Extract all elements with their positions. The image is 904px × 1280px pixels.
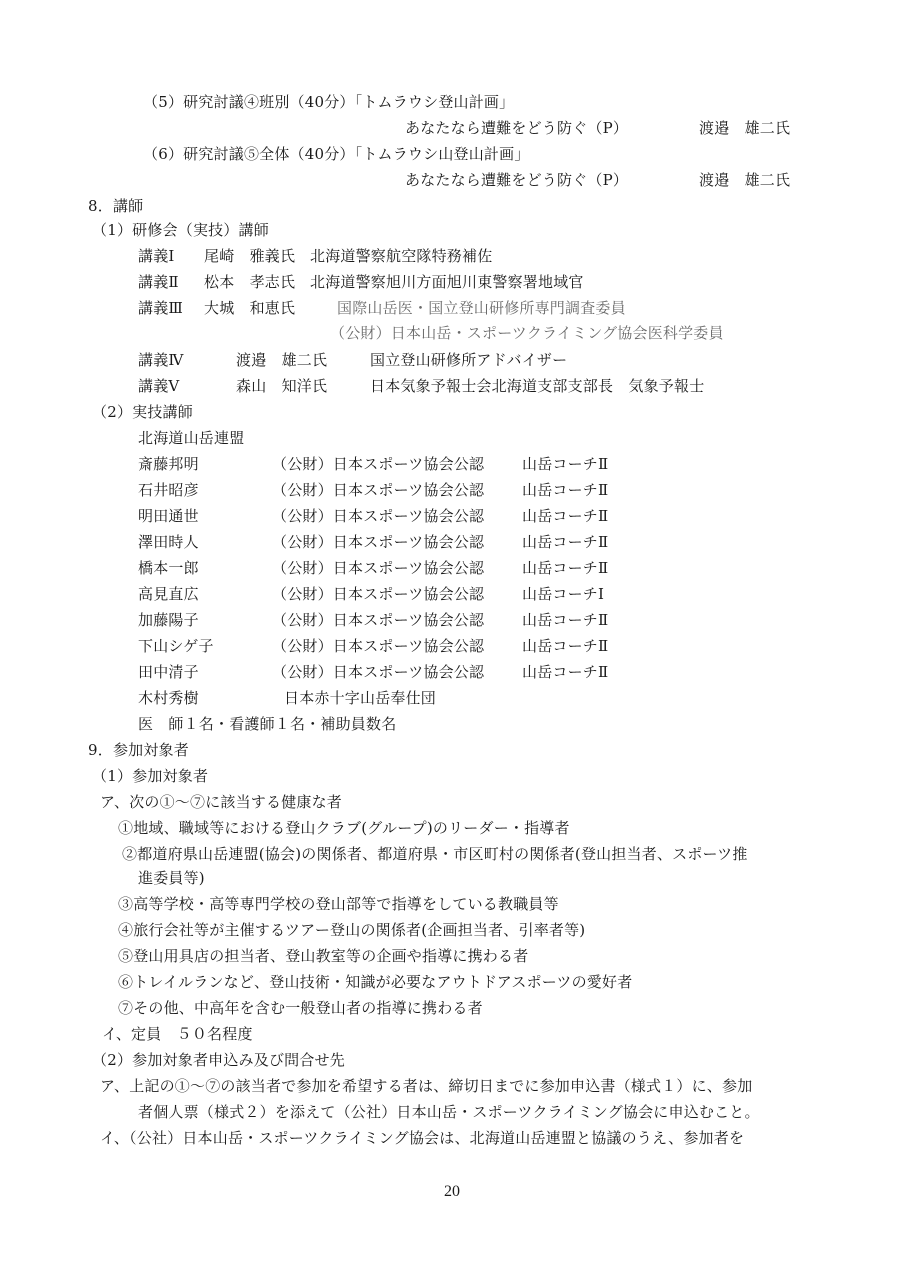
section-9-sub2-b-line1: イ、（公社）日本山岳・スポーツクライミング協会は、北海道山岳連盟と協議のうえ、参… (100, 1128, 744, 1148)
instructor-qualification: 山岳コーチⅡ (522, 610, 608, 630)
session-item-5-speaker: 渡邉 雄二氏 (699, 118, 790, 138)
eligibility-item-continuation: 進委員等) (138, 868, 205, 888)
instructor-affiliation: （公財）日本スポーツ協会公認 (272, 558, 484, 578)
instructor-name: 木村秀樹 (138, 688, 199, 708)
session-item-5-subtitle: あなたなら遭難をどう防ぐ（P） (405, 118, 628, 138)
lecturer-name: 尾崎 雅義氏 (204, 246, 295, 266)
eligibility-item: ③高等学校・高等専門学校の登山部等で指導をしている教職員等 (118, 894, 559, 914)
section-9-sub1-a-label: ア、次の①～⑦に該当する健康な者 (100, 792, 342, 812)
lecturer-title: 国立登山研修所アドバイザー (370, 350, 567, 370)
instructor-name: 斎藤邦明 (138, 454, 199, 474)
instructor-affiliation: （公財）日本スポーツ協会公認 (272, 662, 484, 682)
lecture-number: 講義Ⅳ (138, 350, 184, 370)
instructor-organization: 北海道山岳連盟 (138, 428, 244, 448)
eligibility-item: ④旅行会社等が主催するツアー登山の関係者(企画担当者、引率者等) (118, 920, 585, 940)
lecture-number: 講義Ⅰ (138, 246, 175, 266)
instructor-affiliation: （公財）日本スポーツ協会公認 (272, 532, 484, 552)
instructor-name: 橋本一郎 (138, 558, 199, 578)
instructor-qualification: 山岳コーチⅡ (522, 480, 608, 500)
instructor-qualification: 山岳コーチⅡ (522, 454, 608, 474)
instructor-qualification: 山岳コーチⅡ (522, 558, 608, 578)
instructor-qualification: 山岳コーチⅠ (522, 584, 604, 604)
instructor-qualification: 山岳コーチⅡ (522, 532, 608, 552)
section-9-sub2-a-line2: 者個人票（様式２）を添えて（公社）日本山岳・スポーツクライミング協会に申込むこと… (138, 1102, 760, 1122)
instructor-name: 下山シゲ子 (138, 636, 214, 656)
medical-staff: 医 師１名・看護師１名・補助員数名 (138, 714, 396, 734)
instructor-affiliation: （公財）日本スポーツ協会公認 (272, 610, 484, 630)
instructor-name: 明田通世 (138, 506, 199, 526)
instructor-affiliation: （公財）日本スポーツ協会公認 (272, 454, 484, 474)
session-item-6-subtitle: あなたなら遭難をどう防ぐ（P） (405, 170, 628, 190)
instructor-qualification: 山岳コーチⅡ (522, 662, 608, 682)
eligibility-item: ②都道府県山岳連盟(協会)の関係者、都道府県・市区町村の関係者(登山担当者、スポ… (122, 844, 748, 864)
section-8-sub1-heading: （1）研修会（実技）講師 (92, 220, 269, 240)
instructor-name: 加藤陽子 (138, 610, 199, 630)
eligibility-item: ⑥トレイルランなど、登山技術・知識が必要なアウトドアスポーツの愛好者 (118, 972, 632, 992)
instructor-affiliation: 日本赤十字山岳奉仕団 (284, 688, 436, 708)
eligibility-item: ⑤登山用具店の担当者、登山教室等の企画や指導に携わる者 (118, 946, 528, 966)
instructor-qualification: 山岳コーチⅡ (522, 506, 608, 526)
session-item-6-speaker: 渡邉 雄二氏 (699, 170, 790, 190)
instructor-name: 澤田時人 (138, 532, 199, 552)
instructor-affiliation: （公財）日本スポーツ協会公認 (272, 480, 484, 500)
lecture-number: 講義Ⅲ (138, 298, 183, 318)
lecturer-title-secondary: （公財）日本山岳・スポーツクライミング協会医科学委員 (330, 323, 724, 343)
page-number: 20 (0, 1183, 904, 1201)
lecture-number: 講義Ⅴ (138, 376, 179, 396)
session-item-5-label: （5）研究討議④班別（40分）「トムラウシ登山計画」 (143, 92, 514, 112)
eligibility-item: ⑦その他、中高年を含む一般登山者の指導に携わる者 (118, 998, 483, 1018)
section-9-sub2-heading: （2）参加対象者申込み及び問合せ先 (92, 1050, 345, 1070)
lecturer-title: 日本気象予報士会北海道支部支部長 気象予報士 (370, 376, 704, 396)
section-9-sub1-b-label: イ、定員 ５０名程度 (102, 1024, 253, 1044)
section-9-sub2-a-line1: ア、上記の①～⑦の該当者で参加を希望する者は、締切日までに参加申込書（様式１）に… (100, 1076, 752, 1096)
session-item-6-label: （6）研究討議⑤全体（40分）「トムラウシ山登山計画」 (143, 144, 530, 164)
eligibility-item: ①地域、職域等における登山クラブ(グループ)のリーダー・指導者 (118, 818, 570, 838)
instructor-affiliation: （公財）日本スポーツ協会公認 (272, 636, 484, 656)
section-8-heading: 8．講師 (88, 196, 143, 216)
lecturer-title: 北海道警察航空隊特務補佐 (310, 246, 492, 266)
section-9-heading: 9．参加対象者 (88, 740, 189, 760)
lecturer-title: 北海道警察旭川方面旭川東警察署地域官 (310, 272, 584, 292)
lecture-number: 講義Ⅱ (138, 272, 179, 292)
section-9-sub1-heading: （1）参加対象者 (92, 766, 208, 786)
instructor-affiliation: （公財）日本スポーツ協会公認 (272, 584, 484, 604)
instructor-affiliation: （公財）日本スポーツ協会公認 (272, 506, 484, 526)
lecturer-name: 渡邉 雄二氏 (236, 350, 327, 370)
lecturer-name: 松本 孝志氏 (204, 272, 295, 292)
instructor-name: 石井昭彦 (138, 480, 199, 500)
lecturer-title: 国際山岳医・国立登山研修所専門調査委員 (337, 298, 626, 318)
instructor-qualification: 山岳コーチⅡ (522, 636, 608, 656)
instructor-name: 高見直広 (138, 584, 199, 604)
lecturer-name: 大城 和恵氏 (204, 298, 295, 318)
lecturer-name: 森山 知洋氏 (236, 376, 327, 396)
instructor-name: 田中清子 (138, 662, 199, 682)
section-8-sub2-heading: （2）実技講師 (92, 402, 193, 422)
